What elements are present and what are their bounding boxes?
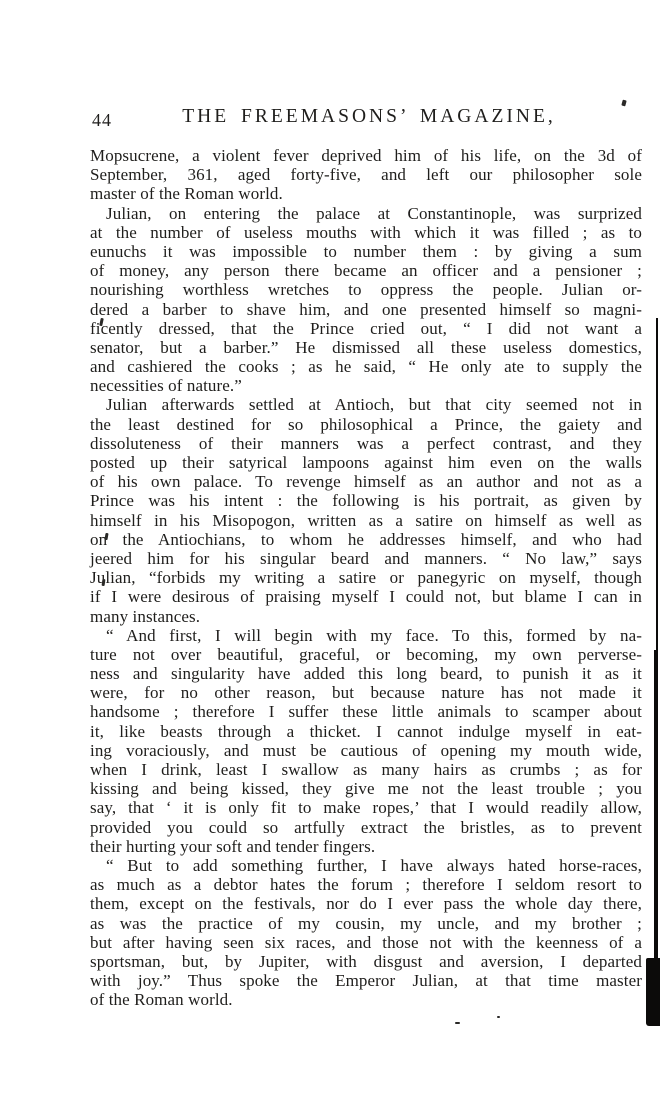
text-line: their hurting your soft and tender finge… bbox=[90, 837, 642, 856]
text-line: senator, but a barber.” He dismissed all… bbox=[90, 338, 642, 357]
text-line: of the Roman world. bbox=[90, 990, 642, 1009]
scan-edge-line bbox=[656, 318, 658, 652]
text-line: Prince was his intent : the following is… bbox=[90, 491, 642, 510]
text-line: as was the practice of my cousin, my unc… bbox=[90, 914, 642, 933]
scan-edge-bar bbox=[646, 958, 660, 1026]
text-line: “ And first, I will begin with my face. … bbox=[90, 626, 642, 645]
text-line: with joy.” Thus spoke the Emperor Julian… bbox=[90, 971, 642, 990]
text-line: kissing and being kissed, they give me n… bbox=[90, 779, 642, 798]
text-line: jeered him for his singular beard and ma… bbox=[90, 549, 642, 568]
paragraph: Mopsucrene, a violent fever deprived him… bbox=[90, 146, 642, 204]
text-line: master of the Roman world. bbox=[90, 184, 642, 203]
text-line: the least destined for so philosophical … bbox=[90, 415, 642, 434]
scan-speck bbox=[497, 1016, 500, 1018]
text-line: many instances. bbox=[90, 607, 642, 626]
text-line: provided you could so artfully extract t… bbox=[90, 818, 642, 837]
text-line: ficently dressed, that the Prince cried … bbox=[90, 319, 642, 338]
text-line: Mopsucrene, a violent fever deprived him… bbox=[90, 146, 642, 165]
text-line: “ But to add something further, I have a… bbox=[90, 856, 642, 875]
text-line: them, except on the festivals, nor do I … bbox=[90, 894, 642, 913]
text-line: as much as a debtor hates the forum ; th… bbox=[90, 875, 642, 894]
page-header: 44 THE FREEMASONS’ MAGAZINE, bbox=[90, 106, 642, 136]
page-title: THE FREEMASONS’ MAGAZINE, bbox=[90, 106, 648, 128]
paragraph: “ But to add something further, I have a… bbox=[90, 856, 642, 1010]
text-line: and cashiered the cooks ; as he said, “ … bbox=[90, 357, 642, 376]
paragraph: Julian afterwards settled at Antioch, bu… bbox=[90, 395, 642, 625]
paragraph: Julian, on entering the palace at Consta… bbox=[90, 204, 642, 396]
text-line: at the number of useless mouths with whi… bbox=[90, 223, 642, 242]
text-line: dered a barber to shave him, and one pre… bbox=[90, 300, 642, 319]
text-line: on the Antiochians, to whom he addresses… bbox=[90, 530, 642, 549]
article-body: Mopsucrene, a violent fever deprived him… bbox=[90, 146, 642, 1009]
text-line: handsome ; therefore I suffer these litt… bbox=[90, 702, 642, 721]
text-line: ness and singularity have added this lon… bbox=[90, 664, 642, 683]
text-line: ing voraciously, and must be cautious of… bbox=[90, 741, 642, 760]
text-line: were, for no other reason, but because n… bbox=[90, 683, 642, 702]
text-line: nourishing worthless wretches to oppress… bbox=[90, 280, 642, 299]
text-line: of money, any person there became an off… bbox=[90, 261, 642, 280]
text-line: if I were desirous of praising myself I … bbox=[90, 587, 642, 606]
text-line: say, that ‘ it is only fit to make ropes… bbox=[90, 798, 642, 817]
text-line: ture not over beautiful, graceful, or be… bbox=[90, 645, 642, 664]
text-line: it, like beasts through a thicket. I can… bbox=[90, 722, 642, 741]
text-line: Julian afterwards settled at Antioch, bu… bbox=[90, 395, 642, 414]
text-line: eunuchs it was impossible to number them… bbox=[90, 242, 642, 261]
text-line: September, 361, aged forty-five, and lef… bbox=[90, 165, 642, 184]
paragraph: “ And first, I will begin with my face. … bbox=[90, 626, 642, 856]
scan-speck bbox=[455, 1022, 460, 1024]
text-line: of his own palace. To revenge himself as… bbox=[90, 472, 642, 491]
text-line: necessities of nature.” bbox=[90, 376, 642, 395]
text-line: himself in his Misopogon, written as a s… bbox=[90, 511, 642, 530]
text-line: dissoluteness of their manners was a per… bbox=[90, 434, 642, 453]
text-line: Julian, on entering the palace at Consta… bbox=[90, 204, 642, 223]
text-line: posted up their satyrical lampoons again… bbox=[90, 453, 642, 472]
text-line: Julian, “forbids my writing a satire or … bbox=[90, 568, 642, 587]
text-line: sportsman, but, by Jupiter, with disgust… bbox=[90, 952, 642, 971]
text-line: but after having seen six races, and tho… bbox=[90, 933, 642, 952]
scan-edge-line bbox=[654, 650, 658, 962]
scanned-page: 44 THE FREEMASONS’ MAGAZINE, Mopsucrene,… bbox=[0, 0, 660, 1104]
text-line: when I drink, least I swallow as many ha… bbox=[90, 760, 642, 779]
